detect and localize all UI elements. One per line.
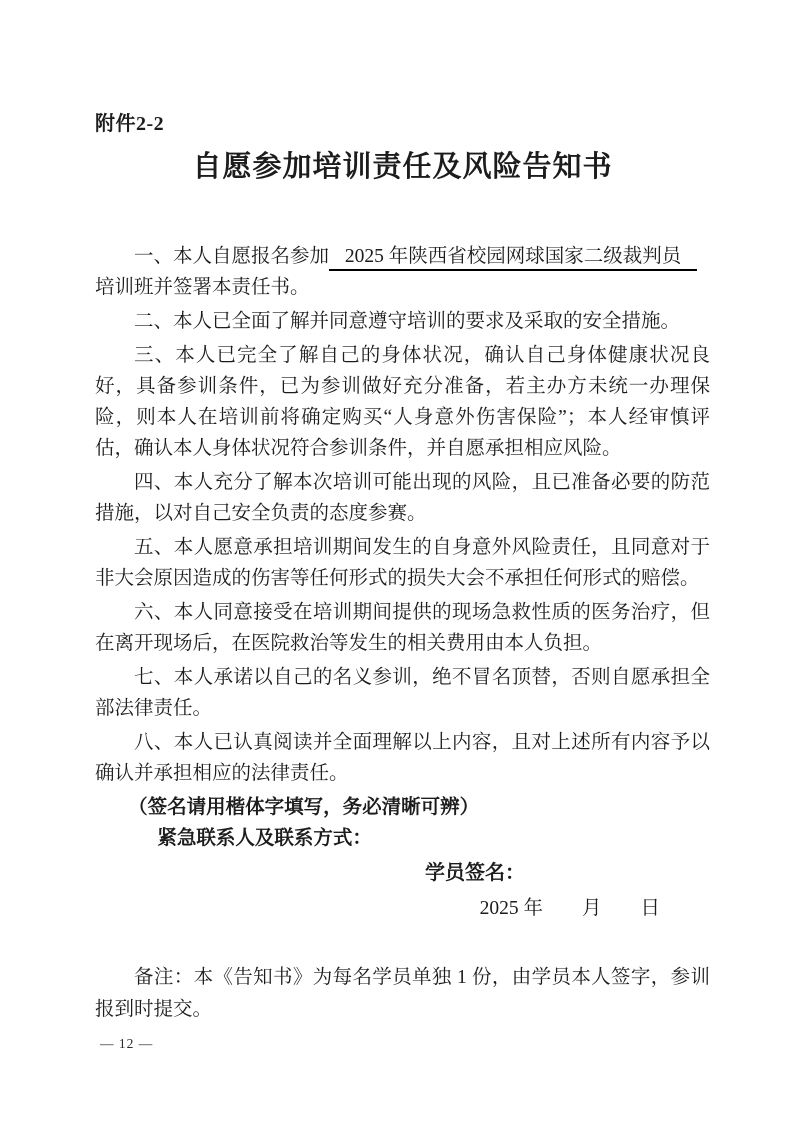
paragraph-3: 三、本人已完全了解自己的身体状况，确认自己身体健康状况良好，具备参训条件，已为参… <box>95 340 710 464</box>
signee-signature-label: 学员签名： <box>425 857 710 889</box>
training-name-blank: 2025 年陕西省校园网球国家二级裁判员 <box>329 245 697 271</box>
paragraph-5: 五、本人愿意承担培训期间发生的自身意外风险责任，且同意对于非大会原因造成的伤害等… <box>95 532 710 594</box>
paragraph-1-suffix: 培训班并签署本责任书。 <box>95 277 310 298</box>
paragraph-1-prefix: 一、本人自愿报名参加 <box>134 246 329 267</box>
remark-paragraph: 备注：本《告知书》为每名学员单独 1 份，由学员本人签字，参训报到时提交。 <box>95 962 710 1026</box>
paragraph-1: 一、本人自愿报名参加2025 年陕西省校园网球国家二级裁判员培训班并签署本责任书… <box>95 241 710 303</box>
page-number-footer: — 12 — <box>100 1036 153 1052</box>
document-title: 自愿参加培训责任及风险告知书 <box>95 146 710 188</box>
paragraph-7: 七、本人承诺以自己的名义参训，绝不冒名顶替，否则自愿承担全部法律责任。 <box>95 662 710 724</box>
paragraph-2: 二、本人已全面了解并同意遵守培训的要求及采取的安全措施。 <box>95 306 710 337</box>
signature-date-line: 2025 年 月 日 <box>95 893 710 924</box>
paragraph-4: 四、本人充分了解本次培训可能出现的风险，且已准备必要的防范措施，以对自己安全负责… <box>95 467 710 529</box>
paragraph-6: 六、本人同意接受在培训期间提供的现场急救性质的医务治疗，但在离开现场后，在医院救… <box>95 597 710 659</box>
attachment-label: 附件2-2 <box>95 112 710 136</box>
paragraph-8: 八、本人已认真阅读并全面理解以上内容，且对上述所有内容予以确认并承担相应的法律责… <box>95 727 710 789</box>
emergency-contact-label: 紧急联系人及联系方式： <box>95 823 710 854</box>
document-body: 一、本人自愿报名参加2025 年陕西省校园网球国家二级裁判员培训班并签署本责任书… <box>95 241 710 1026</box>
document-page: 附件2-2 自愿参加培训责任及风险告知书 一、本人自愿报名参加2025 年陕西省… <box>0 0 800 1131</box>
signature-handwriting-note: （签名请用楷体字填写，务必清晰可辨） <box>95 792 710 823</box>
